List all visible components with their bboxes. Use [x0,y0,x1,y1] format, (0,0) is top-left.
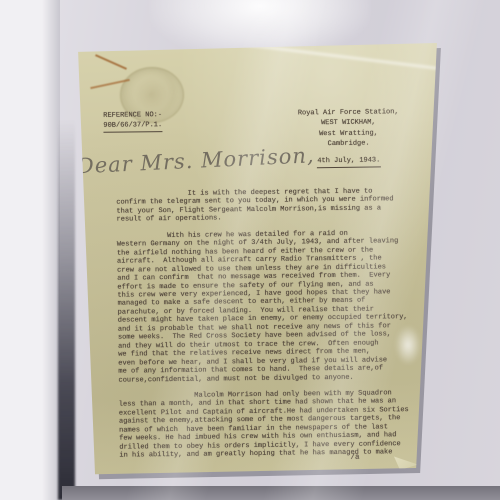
body-paragraph: With his crew he was detailed for a raid… [117,229,419,385]
reference-number: 90B/66/37/P.1. [103,120,162,132]
letter-sheet: REFERENCE NO:- 90B/66/37/P.1. Royal Air … [60,35,445,480]
binder-edge-strip [58,120,75,500]
paper-damage-speck [459,66,468,71]
continuation-mark: /a [350,454,359,462]
letter-content: REFERENCE NO:- 90B/66/37/P.1. Royal Air … [57,33,447,483]
letter-body: It is with the deepest regret that I hav… [116,187,419,468]
letter-photo: REFERENCE NO:- 90B/66/37/P.1. Royal Air … [0,0,500,500]
background-left-area [0,0,60,500]
background-bottom-band [62,486,500,500]
paper-damage-speck [447,53,464,64]
reference-block: REFERENCE NO:- 90B/66/37/P.1. [103,110,162,132]
body-paragraph: Malcolm Morrison had only been with my S… [119,389,420,460]
body-paragraph: It is with the deepest regret that I hav… [116,187,416,224]
handwritten-salutation: Dear Mrs. Morrison, [76,140,377,178]
